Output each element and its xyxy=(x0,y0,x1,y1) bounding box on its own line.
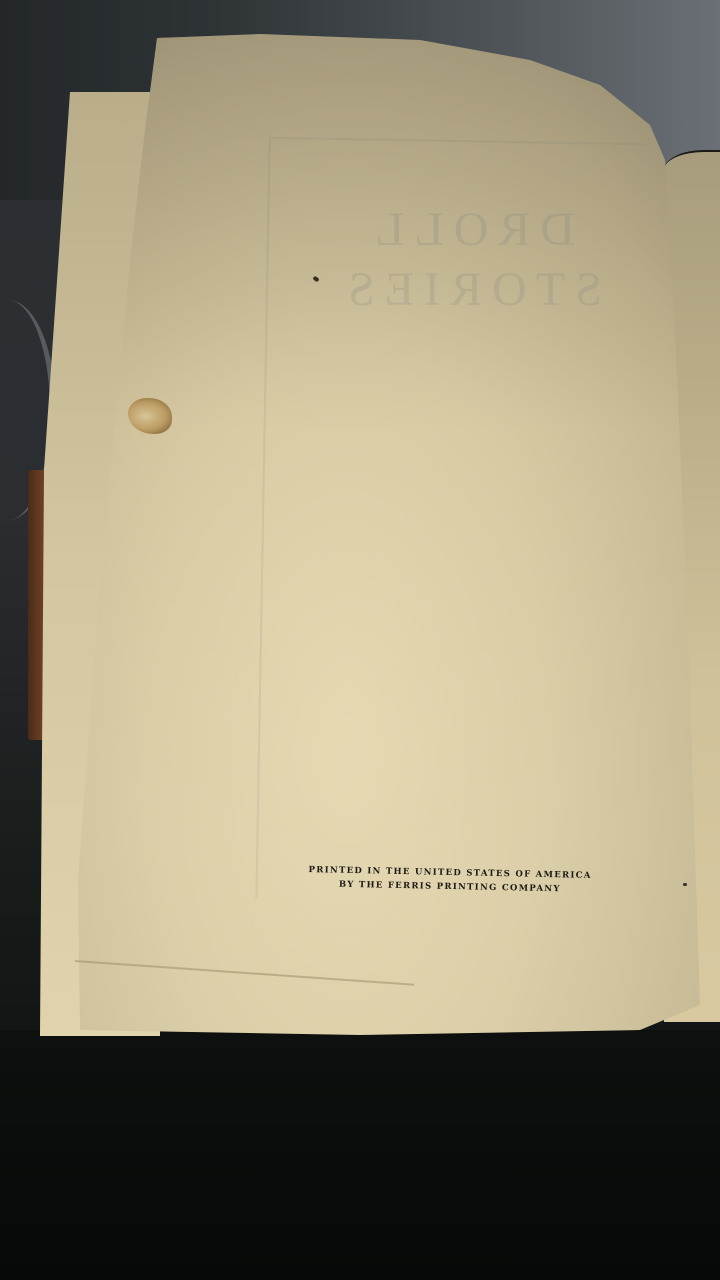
ink-speck xyxy=(683,883,687,886)
showthrough-line-1: DROLL xyxy=(320,200,620,260)
background-table xyxy=(0,1030,720,1280)
showthrough-line-2: STORIES xyxy=(320,260,620,320)
showthrough-title-text: DROLL STORIES xyxy=(320,200,620,320)
